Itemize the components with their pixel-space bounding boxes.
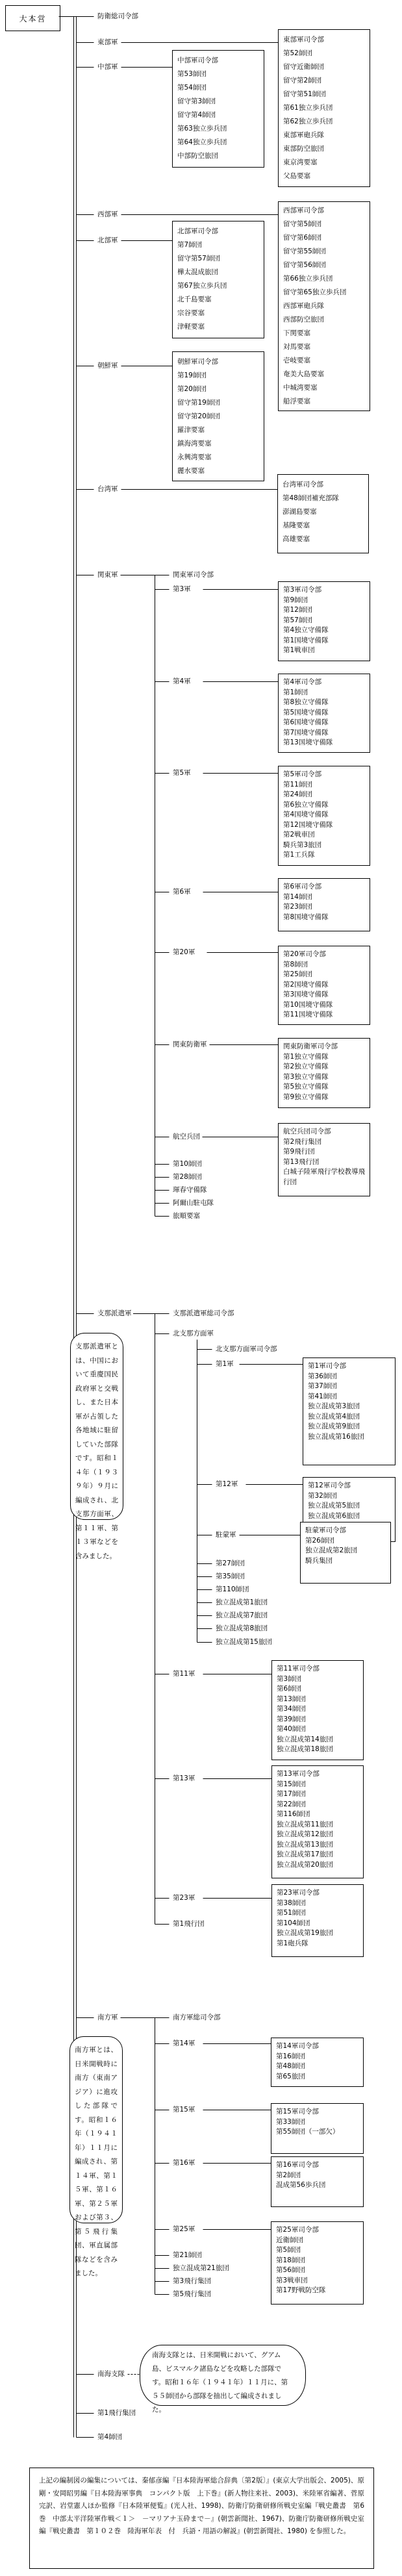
node-label-nanpo-hq: 南方軍総司令部 <box>171 2013 222 2022</box>
node-label-seibu: 西部軍 <box>96 210 119 219</box>
node-label-hikoshudan3: 第3飛行集団 <box>171 2277 212 2286</box>
node-label-army5: 第5軍 <box>171 768 192 777</box>
node-label-shina-hq: 支那派遣軍総司令部 <box>171 1309 236 1318</box>
node-label-kanto-bouei: 関東防衛軍 <box>171 1040 208 1049</box>
node-label-arushan: 阿爾山駐屯隊 <box>171 1198 215 1207</box>
unit-row: 東京湾要塞 <box>283 156 365 170</box>
unit-row: 第57師団 <box>283 616 365 626</box>
unit-row: 対馬要塞 <box>283 340 365 354</box>
unit-row: 船浮要塞 <box>283 395 365 409</box>
unit-box-seibu: 西部軍司令部留守第5師団留守第6師団留守第55師団留守第56師団第66独立歩兵団… <box>278 201 370 411</box>
unit-row: 留守第5師団 <box>283 218 365 231</box>
unit-row: 第1軍司令部 <box>308 1361 390 1372</box>
unit-row: 第2師団 <box>276 2171 358 2181</box>
unit-row: 第65旅団 <box>276 2072 358 2082</box>
node-label-shidan27: 第27師団 <box>214 1559 246 1568</box>
unit-box-army11: 第11軍司令部第3師団第6師団第13師団第34師団第39師団第40師団独立混成第… <box>271 1660 364 1760</box>
unit-box-army13: 第13軍司令部第15師団第17師団第22師団第116師団独立混成第11旅団独立混… <box>271 1765 364 1878</box>
unit-row: 東部軍司令部 <box>283 33 365 47</box>
unit-row: 第12軍司令部 <box>308 1481 390 1491</box>
unit-row: 基隆要塞 <box>283 519 364 533</box>
unit-row: 北部軍司令部 <box>177 225 259 238</box>
unit-row: 第32師団 <box>308 1491 390 1502</box>
unit-box-army4: 第4軍司令部第1師団第8独立守備隊第5国境守備隊第6国境守備隊第7国境守備隊第1… <box>278 674 370 753</box>
unit-row: 独立混成第2旅団 <box>305 1546 386 1556</box>
unit-row: 第66独立歩兵団 <box>283 272 365 286</box>
unit-row: 独立混成第6旅団 <box>308 1511 390 1522</box>
unit-row: 独立混成第18旅団 <box>277 1745 358 1755</box>
unit-row: 第104師団 <box>277 1919 358 1929</box>
unit-row: 第3師団 <box>277 1674 358 1685</box>
unit-row: 麗水要塞 <box>177 464 259 478</box>
unit-row: 第3独立守備隊 <box>283 1072 365 1083</box>
unit-row: 第20師団 <box>177 383 259 396</box>
node-label-army25: 第25軍 <box>171 2225 196 2234</box>
note-nanpo: 南方軍とは、日米開戦時に南方（東南アジア）に進攻した部隊です。昭和１６年（１９４… <box>69 2036 123 2223</box>
unit-row: 関東防衛軍司令部 <box>283 1042 365 1052</box>
node-label-army12: 第12軍 <box>214 1480 239 1489</box>
unit-row: 壱岐要塞 <box>283 354 365 368</box>
node-label-army6: 第6軍 <box>171 887 192 896</box>
unit-box-army14: 第14軍司令部第16師団第48師団第65旅団 <box>271 2038 364 2087</box>
unit-row: 駐蒙軍司令部 <box>305 1526 386 1536</box>
node-label-nankai: 南海支隊 <box>96 2369 126 2379</box>
node-label-ryojun: 旅順要塞 <box>171 1211 201 1220</box>
unit-row: 第6独立守備隊 <box>283 800 365 811</box>
unit-row: 第1国境守備隊 <box>283 636 365 646</box>
unit-row: 独立混成第19旅団 <box>277 1928 358 1939</box>
unit-row: 第4国境守備隊 <box>283 810 365 820</box>
unit-row: 西部防空旅団 <box>283 313 365 327</box>
unit-row: 第26師団 <box>305 1536 386 1547</box>
unit-row: 北千島要塞 <box>177 293 259 307</box>
node-label-taiwan: 台湾軍 <box>96 485 119 494</box>
node-label-kokuheidan: 航空兵団 <box>171 1132 201 1141</box>
unit-box-army1: 第1軍司令部第36師団第37師団第41師団独立混成第3旅団独立混成第4旅団独立混… <box>303 1357 396 1465</box>
unit-row: 留守第65独立歩兵団 <box>283 286 365 299</box>
unit-row: 留守近衛師団 <box>283 60 365 74</box>
unit-box-tobu: 東部軍司令部第52師団留守近衛師団留守第2師団留守第51師団第61独立歩兵団第6… <box>278 29 370 187</box>
unit-row: 第116師団 <box>277 1810 358 1820</box>
unit-box-army5: 第5軍司令部第11師団第24師団第6独立守備隊第4国境守備隊第12国境守備隊第2… <box>278 766 370 866</box>
unit-row: 第3戦車団 <box>276 2276 358 2286</box>
unit-row: 澎湖島要塞 <box>283 505 364 519</box>
unit-row: 第8師団 <box>283 960 365 970</box>
unit-row: 独立混成第5旅団 <box>308 1501 390 1511</box>
node-label-hikoshudan5: 第5飛行集団 <box>171 2290 212 2299</box>
unit-row: 独立混成第9旅団 <box>308 1422 390 1432</box>
unit-row: 独立混成第3旅団 <box>308 1402 390 1412</box>
unit-row: 第48師団補充部隊 <box>283 492 364 505</box>
unit-row: 奄美大島要塞 <box>283 368 365 381</box>
unit-row: 第2独立守備隊 <box>283 1062 365 1072</box>
unit-row: 第37師団 <box>308 1382 390 1392</box>
unit-row: 津軽要塞 <box>177 320 259 334</box>
unit-row: 第33師団 <box>276 2117 358 2128</box>
unit-row: 第13国境守備隊 <box>283 738 365 748</box>
node-label-dokkon8: 独立混成第8旅団 <box>214 1624 269 1633</box>
node-label-tobu: 東部軍 <box>96 38 119 47</box>
unit-row: 西部軍砲兵隊 <box>283 299 365 313</box>
node-label-army1: 第1軍 <box>214 1359 235 1369</box>
unit-row: 第3国境守備隊 <box>283 990 365 1000</box>
unit-row: 第5師団 <box>276 2245 358 2256</box>
unit-row: 第14軍司令部 <box>276 2041 358 2052</box>
unit-row: 第14師団 <box>283 892 365 903</box>
unit-box-army6: 第6軍司令部第14師団第23師団第8国境守備隊 <box>278 878 370 931</box>
unit-row: 第63独立歩兵団 <box>177 122 259 136</box>
node-label-shidan35: 第35師団 <box>214 1572 246 1581</box>
unit-row: 第40師団 <box>277 1724 358 1735</box>
unit-row: 第7師団 <box>177 238 259 252</box>
unit-row: 第15師団 <box>277 1780 358 1790</box>
note-shina: 支那派遣軍とは、中国において重慶国民政府軍と交戦し、また日本軍が占領した各地域に… <box>70 1333 123 1520</box>
node-label-boei: 防衛総司令部 <box>96 12 140 21</box>
unit-row: 第11軍司令部 <box>277 1664 358 1674</box>
unit-row: 朝鮮軍司令部 <box>177 355 259 369</box>
unit-box-hokubu: 北部軍司令部第7師団留守第57師団樺太混成旅団第67独立歩兵団北千島要塞宗谷要塞… <box>172 221 264 338</box>
unit-row: 留守第20師団 <box>177 410 259 423</box>
unit-row: 羅津要塞 <box>177 423 259 437</box>
unit-row: 第53師団 <box>177 68 259 81</box>
unit-row: 留守第2師団 <box>283 74 365 88</box>
unit-row: 第13飛行団 <box>283 1157 365 1168</box>
node-label-army13: 第13軍 <box>171 1774 196 1783</box>
unit-row: 第25軍司令部 <box>276 2225 358 2236</box>
unit-row: 父島要塞 <box>283 170 365 183</box>
unit-row: 第18師団 <box>276 2256 358 2266</box>
node-label-army14: 第14軍 <box>171 2039 196 2048</box>
unit-row: 第8国境守備隊 <box>283 913 365 923</box>
unit-row: 第23軍司令部 <box>277 1888 358 1899</box>
unit-row: 第3軍司令部 <box>283 585 365 596</box>
unit-box-chubu: 中部軍司令部第53師団第54師団留守第3師団留守第4師団第63独立歩兵団第64独… <box>172 50 264 168</box>
unit-row: 第12国境守備隊 <box>283 820 365 831</box>
unit-row: 第62独立歩兵団 <box>283 115 365 129</box>
unit-row: 鎮海湾要塞 <box>177 437 259 451</box>
unit-row: 混成第56歩兵団 <box>276 2180 358 2191</box>
unit-row: 東部軍砲兵隊 <box>283 129 365 142</box>
node-label-shidan10: 第10師団 <box>171 1159 203 1168</box>
unit-row: 台湾軍司令部 <box>283 478 364 492</box>
unit-row: 第2国境守備隊 <box>283 980 365 991</box>
node-label-kitashina: 北支那方面軍 <box>171 1329 215 1338</box>
unit-row: 第5独立守備隊 <box>283 1082 365 1092</box>
unit-row: 独立混成第11旅団 <box>277 1820 358 1830</box>
unit-row: 第5軍司令部 <box>283 770 365 780</box>
unit-row: 第56師団 <box>276 2266 358 2276</box>
unit-row: 第6国境守備隊 <box>283 718 365 728</box>
unit-row: 東部防空旅団 <box>283 142 365 156</box>
node-label-shidan110: 第110師団 <box>214 1585 251 1594</box>
org-chart-canvas: 大本営 防衛総司令部 東部軍 中部軍 西部軍 北部軍 朝鮮軍 台湾軍 関東軍 支… <box>0 0 402 2576</box>
node-label-dokkon21: 独立混成第21旅団 <box>171 2264 231 2273</box>
unit-row: 留守第19師団 <box>177 396 259 410</box>
unit-row: 第5国境守備隊 <box>283 708 365 718</box>
unit-row: 騎兵集団 <box>305 1556 386 1567</box>
unit-row: 第2飛行集団 <box>283 1137 365 1148</box>
unit-row: 西部軍司令部 <box>283 204 365 218</box>
node-label-shidan28: 第28師団 <box>171 1172 203 1181</box>
unit-box-army3: 第3軍司令部第9師団第12師団第57師団第4独立守備隊第1国境守備隊第1戦車団 <box>278 581 370 661</box>
unit-box-army25: 第25軍司令部近衛師団第5師団第18師団第56師団第3戦車団第17野戦防空隊 <box>271 2221 364 2305</box>
unit-row: 独立混成第4旅団 <box>308 1412 390 1422</box>
node-label-chubu: 中部軍 <box>96 62 119 71</box>
note-nankai: 南海支隊とは、日米開戦において、グアム島、ビスマルク諸島などを攻略した部隊です。… <box>140 2345 306 2406</box>
unit-row: 留守第51師団 <box>283 88 365 101</box>
unit-row: 第67独立歩兵団 <box>177 279 259 293</box>
unit-row: 第24師団 <box>283 790 365 800</box>
unit-row: 第19師団 <box>177 369 259 383</box>
unit-box-kanto-bouei: 関東防衛軍司令部第1独立守備隊第2独立守備隊第3独立守備隊第5独立守備隊第9独立… <box>278 1038 370 1108</box>
node-label-army4: 第4軍 <box>171 677 192 686</box>
unit-row: 第23師団 <box>283 902 365 913</box>
unit-box-army20: 第20軍司令部第8師団第25師団第2国境守備隊第3国境守備隊第10国境守備隊第1… <box>278 946 370 1025</box>
unit-row: 第2戦車団 <box>283 830 365 840</box>
node-label-shina: 支那派遣軍 <box>96 1309 133 1318</box>
unit-row: 第20軍司令部 <box>283 950 365 960</box>
node-label-nanpo: 南方軍 <box>96 2013 119 2022</box>
unit-row: 留守第56師団 <box>283 259 365 272</box>
unit-row: 第6師団 <box>277 1684 358 1695</box>
unit-row: 第7国境守備隊 <box>283 728 365 739</box>
unit-row: 第13軍司令部 <box>277 1769 358 1780</box>
unit-box-kokuheidan: 航空兵団司令部第2飛行集団第9飛行団第13飛行団白城子陸軍飛行学校教導飛行団 <box>278 1123 370 1196</box>
node-label-army11: 第11軍 <box>171 1669 196 1678</box>
unit-row: 独立混成第14旅団 <box>277 1735 358 1745</box>
node-label-shidan4: 第4師団 <box>96 2432 123 2442</box>
unit-row: 第1戦車団 <box>283 646 365 656</box>
unit-row: 第17師団 <box>277 1789 358 1800</box>
unit-row: 第11国境守備隊 <box>283 1010 365 1020</box>
unit-row: 第64独立歩兵団 <box>177 136 259 149</box>
unit-box-chosen: 朝鮮軍司令部第19師団第20師団留守第19師団留守第20師団羅津要塞鎮海湾要塞永… <box>172 351 264 481</box>
unit-box-army15: 第15軍司令部第33師団第55師団（一部欠） <box>271 2103 364 2154</box>
unit-row: 独立混成第20旅団 <box>277 1860 358 1871</box>
unit-box-army16: 第16軍司令部第2師団混成第56歩兵団 <box>271 2156 364 2207</box>
unit-row: 独立混成第16旅団 <box>308 1432 390 1443</box>
unit-row: 第39師団 <box>277 1715 358 1725</box>
node-label-chumou: 駐蒙軍 <box>214 1530 238 1539</box>
node-label-chosen: 朝鮮軍 <box>96 361 119 370</box>
unit-row: 留守第6師団 <box>283 231 365 245</box>
unit-row: 宗谷要塞 <box>177 307 259 320</box>
unit-row: 留守第57師団 <box>177 252 259 266</box>
unit-row: 独立混成第13旅団 <box>277 1840 358 1850</box>
unit-row: 第12師団 <box>283 605 365 616</box>
unit-row: 第15軍司令部 <box>276 2107 358 2117</box>
node-label-army20: 第20軍 <box>171 948 196 957</box>
unit-row: 第1砲兵隊 <box>277 1939 358 1949</box>
unit-row: 第25師団 <box>283 970 365 980</box>
unit-row: 第55師団（一部欠） <box>276 2127 358 2138</box>
unit-row: 第36師団 <box>308 1372 390 1382</box>
unit-row: 白城子陸軍飛行学校教導飛行団 <box>283 1167 365 1187</box>
node-label-dokkon7: 独立混成第7旅団 <box>214 1611 269 1620</box>
node-label-army3: 第3軍 <box>171 585 192 594</box>
unit-row: 第61独立歩兵団 <box>283 101 365 115</box>
unit-row: 騎兵第3旅団 <box>283 840 365 851</box>
unit-row: 第34師団 <box>277 1704 358 1715</box>
unit-row: 近衛師団 <box>276 2236 358 2246</box>
node-label-hikoshudan1: 第1飛行集団 <box>96 2408 137 2418</box>
unit-row: 留守第4師団 <box>177 108 259 122</box>
node-label-shidan21: 第21師団 <box>171 2251 203 2260</box>
node-label-dokkon1: 独立混成第1旅団 <box>214 1598 269 1607</box>
unit-row: 第9飛行団 <box>283 1147 365 1157</box>
unit-row: 下関要塞 <box>283 327 365 340</box>
unit-row: 独立混成第17旅団 <box>277 1850 358 1860</box>
unit-row: 第9師団 <box>283 596 365 606</box>
unit-row: 第17野戦防空隊 <box>276 2286 358 2296</box>
unit-row: 永興湾要塞 <box>177 451 259 464</box>
unit-row: 第52師団 <box>283 47 365 60</box>
unit-box-chumou: 駐蒙軍司令部第26師団独立混成第2旅団騎兵集団 <box>300 1522 391 1584</box>
unit-row: 第51師団 <box>277 1908 358 1919</box>
unit-row: 第1工兵隊 <box>283 850 365 861</box>
unit-row: 第10国境守備隊 <box>283 1000 365 1011</box>
unit-row: 留守第3師団 <box>177 95 259 108</box>
node-label-kitashina-hq: 北支那方面軍司令部 <box>214 1345 279 1354</box>
node-label-dokkon15: 独立混成第15旅団 <box>214 1637 273 1647</box>
unit-row: 第11師団 <box>283 780 365 790</box>
unit-row: 第48師団 <box>276 2062 358 2072</box>
references-note: 上記の編制図の編集については、秦郁彦編『日本陸海軍総合辞典〔第2版〕』(東京大学… <box>29 2468 374 2569</box>
unit-row: 第22師団 <box>277 1800 358 1810</box>
node-label-kanto-hq: 関東軍司令部 <box>171 570 215 579</box>
unit-row: 樺太混成旅団 <box>177 266 259 279</box>
unit-row: 第13師団 <box>277 1695 358 1705</box>
node-label-konshun: 琿春守備隊 <box>171 1185 208 1194</box>
node-label-army15: 第15軍 <box>171 2105 196 2114</box>
unit-box-taiwan: 台湾軍司令部第48師団補充部隊澎湖島要塞基隆要塞高雄要塞 <box>277 474 369 553</box>
unit-row: 高雄要塞 <box>283 533 364 546</box>
unit-row: 第1師団 <box>283 688 365 698</box>
unit-row: 第38師団 <box>277 1899 358 1909</box>
node-label-army23: 第23軍 <box>171 1893 196 1902</box>
unit-row: 中部防空旅団 <box>177 149 259 163</box>
unit-row: 第4軍司令部 <box>283 677 365 688</box>
unit-row: 第16軍司令部 <box>276 2160 358 2171</box>
unit-row: 第1独立守備隊 <box>283 1052 365 1063</box>
unit-row: 第6軍司令部 <box>283 882 365 892</box>
unit-row: 第16師団 <box>276 2052 358 2062</box>
unit-row: 第54師団 <box>177 81 259 95</box>
unit-box-army23: 第23軍司令部第38師団第51師団第104師団独立混成第19旅団第1砲兵隊 <box>271 1884 364 1957</box>
unit-row: 第4独立守備隊 <box>283 625 365 636</box>
unit-row: 留守第55師団 <box>283 245 365 259</box>
root-node: 大本営 <box>5 5 60 31</box>
unit-row: 航空兵団司令部 <box>283 1127 365 1137</box>
unit-row: 中部軍司令部 <box>177 54 259 68</box>
unit-row: 独立混成第12旅団 <box>277 1830 358 1840</box>
node-label-hokubu: 北部軍 <box>96 236 119 245</box>
unit-row: 第8独立守備隊 <box>283 698 365 708</box>
node-label-hikodan1: 第1飛行団 <box>171 1919 206 1928</box>
node-label-kanto: 関東軍 <box>96 570 119 579</box>
unit-row: 第9独立守備隊 <box>283 1092 365 1103</box>
node-label-army16: 第16軍 <box>171 2158 196 2167</box>
unit-row: 中城湾要塞 <box>283 381 365 395</box>
unit-row: 第41師団 <box>308 1392 390 1402</box>
